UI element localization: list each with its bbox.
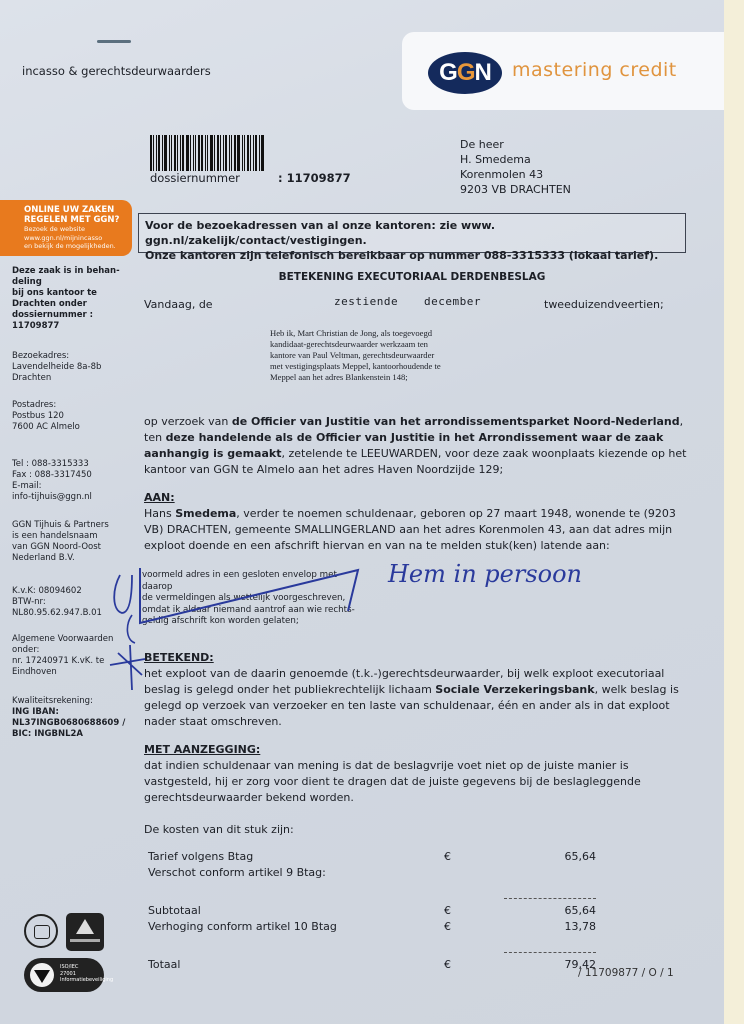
visit-label: Bezoekadres: [12, 351, 130, 362]
notice-line: Onze kantoren zijn telefonisch bereikbaa… [145, 248, 679, 263]
recipient-line: De heer [460, 137, 571, 152]
account-line: ING IBAN: [12, 707, 130, 718]
cost-label: Verschot conform artikel 9 Btag: [148, 866, 444, 882]
bsi-iso-27001-icon: ISO/IEC 27001 Informatiebeveiliging [24, 958, 104, 992]
cost-label: Subtotaal [148, 904, 444, 920]
sidebar-visit-address: Bezoekadres: Lavendelheide 8a-8b Drachte… [12, 351, 130, 384]
cost-currency: € [444, 850, 504, 866]
case-line: bij ons kantoor te [12, 288, 130, 299]
document-title: BETEKENING EXECUTORIAAL DERDENBESLAG [138, 271, 686, 283]
costs-row: Tarief volgens Btag€65,64 [148, 850, 596, 866]
email-address: info-tijhuis@ggn.nl [12, 492, 130, 503]
sidebar-post-address: Postadres: Postbus 120 7600 AC Almelo [12, 400, 130, 433]
scanned-letter: incasso & gerechtsdeurwaarders GGN maste… [0, 0, 724, 1024]
cost-label: Tarief volgens Btag [148, 850, 444, 866]
text-run: Smedema [175, 507, 236, 520]
company-tagline: incasso & gerechtsdeurwaarders [22, 64, 211, 78]
logo-slogan: mastering credit [512, 59, 677, 81]
footer-reference: / 11709877 / O / 1 [578, 967, 674, 979]
cost-currency: € [444, 958, 504, 974]
recipient-line: Korenmolen 43 [460, 167, 571, 182]
cost-currency [444, 866, 504, 882]
bailiff-line: met vestigingsplaats Meppel, kantoorhoud… [270, 361, 520, 372]
cost-label: Verhoging conform artikel 10 Btag [148, 920, 444, 936]
sidebar-case-info: Deze zaak is in behan- deling bij ons ka… [12, 266, 130, 332]
bailiff-line: Heb ik, Mart Christian de Jong, als toeg… [270, 328, 520, 339]
visit-line: Drachten [12, 373, 130, 384]
account-line: BIC: INGBNL2A [12, 729, 130, 740]
costs-table: Tarief volgens Btag€65,64Verschot confor… [148, 850, 596, 974]
date-day: zestiende [334, 295, 398, 308]
email-label: E-mail: [12, 481, 130, 492]
case-line: Drachten onder [12, 299, 130, 310]
guarantee-seal-icon [24, 914, 58, 948]
recipient-address: De heer H. Smedema Korenmolen 43 9203 VB… [460, 137, 571, 197]
scan-edge [724, 0, 744, 1024]
offices-notice: Voor de bezoekadressen van al onze kanto… [138, 213, 686, 253]
text-run: op verzoek van [144, 415, 232, 428]
company-line: GGN Tijhuis & Partners [12, 520, 130, 531]
cost-amount: 65,64 [504, 904, 596, 920]
bailiff-line: Meppel aan het adres Blankenstein 148; [270, 372, 520, 383]
banner-heading: ONLINE UW ZAKEN [24, 205, 132, 215]
case-line: deling [12, 277, 130, 288]
phone-number: Tel : 088-3315333 [12, 459, 130, 470]
costs-row: Subtotaal€65,64 [148, 904, 596, 920]
post-label: Postadres: [12, 400, 130, 411]
date-month: december [424, 295, 481, 308]
cert-text: Informatiebeveiliging [60, 977, 113, 984]
dossier-label: dossiernummer [150, 171, 240, 185]
ggn-logo-icon: GGN [428, 52, 502, 94]
aanzegging-paragraph: dat indien schuldenaar van mening is dat… [144, 758, 689, 806]
text-run: de Officier van Justitie van het arrondi… [232, 415, 680, 428]
banner-text: Bezoek de website [24, 225, 132, 234]
aanzegging-heading: MET AANZEGGING: [144, 742, 689, 758]
handwritten-note: Hem in persoon [388, 560, 582, 588]
visit-line: Lavendelheide 8a-8b [12, 362, 130, 373]
bailiff-line: kantore van Paul Veltman, gerechtsdeurwa… [270, 350, 520, 361]
aanzegging-section: MET AANZEGGING: dat indien schuldenaar v… [144, 742, 689, 806]
costs-row: Verschot conform artikel 9 Btag: [148, 866, 596, 882]
betekend-section: BETEKEND: het exploot van de daarin geno… [144, 650, 689, 730]
bailiff-statement: Heb ik, Mart Christian de Jong, als toeg… [270, 328, 520, 383]
company-line: van GGN Noord-Oost [12, 542, 130, 553]
case-line: Deze zaak is in behan- [12, 266, 130, 277]
case-line: dossiernummer : [12, 310, 130, 321]
text-run: Hans [144, 507, 175, 520]
aan-heading: AAN: [144, 490, 689, 506]
cost-amount: 65,64 [504, 850, 596, 866]
post-line: Postbus 120 [12, 411, 130, 422]
cost-amount: 13,78 [504, 920, 596, 936]
online-banner: ONLINE UW ZAKEN REGELEN MET GGN? Bezoek … [0, 200, 132, 256]
case-line: 11709877 [12, 321, 130, 332]
banner-text: en bekijk de mogelijkheden. [24, 242, 132, 251]
aan-section: AAN: Hans Smedema, verder te noemen schu… [144, 490, 689, 554]
company-line: is een handelsnaam [12, 531, 130, 542]
scan-mark [97, 40, 131, 43]
tuv-certified-icon [66, 913, 104, 951]
recipient-line: H. Smedema [460, 152, 571, 167]
betekend-paragraph: het exploot van de daarin genoemde (t.k.… [144, 666, 689, 730]
cost-currency: € [444, 920, 504, 936]
recipient-line: 9203 VB DRACHTEN [460, 182, 571, 197]
cost-amount [504, 866, 596, 882]
bailiff-line: kandidaat-gerechtsdeurwaarder werkzaam t… [270, 339, 520, 350]
aan-paragraph: Hans Smedema, verder te noemen schuldena… [144, 506, 689, 554]
text-run: Sociale Verzekeringsbank [435, 683, 594, 696]
costs-divider [148, 882, 596, 898]
barcode-icon [150, 135, 268, 171]
costs-row: Verhoging conform artikel 10 Btag€13,78 [148, 920, 596, 936]
betekend-heading: BETEKEND: [144, 650, 689, 666]
notice-line: Voor de bezoekadressen van al onze kanto… [145, 218, 679, 248]
costs-row: Totaal€79,42 [148, 958, 596, 974]
banner-heading: REGELEN MET GGN? [24, 215, 132, 225]
costs-divider [148, 936, 596, 952]
date-year: tweeduizendveertien; [544, 298, 664, 311]
fax-number: Fax : 088-3317450 [12, 470, 130, 481]
banner-link: www.ggn.nl/mijnincasso [24, 234, 132, 243]
date-prefix: Vandaag, de [144, 298, 213, 311]
request-paragraph: op verzoek van de Officier van Justitie … [144, 414, 689, 478]
cost-label: Totaal [148, 958, 444, 974]
costs-intro: De kosten van dit stuk zijn: [144, 822, 689, 838]
cost-currency: € [444, 904, 504, 920]
account-line: NL37INGB0680688609 / [12, 718, 130, 729]
sidebar-contact: Tel : 088-3315333 Fax : 088-3317450 E-ma… [12, 459, 130, 503]
post-line: 7600 AC Almelo [12, 422, 130, 433]
dossier-number: : 11709877 [278, 171, 351, 185]
